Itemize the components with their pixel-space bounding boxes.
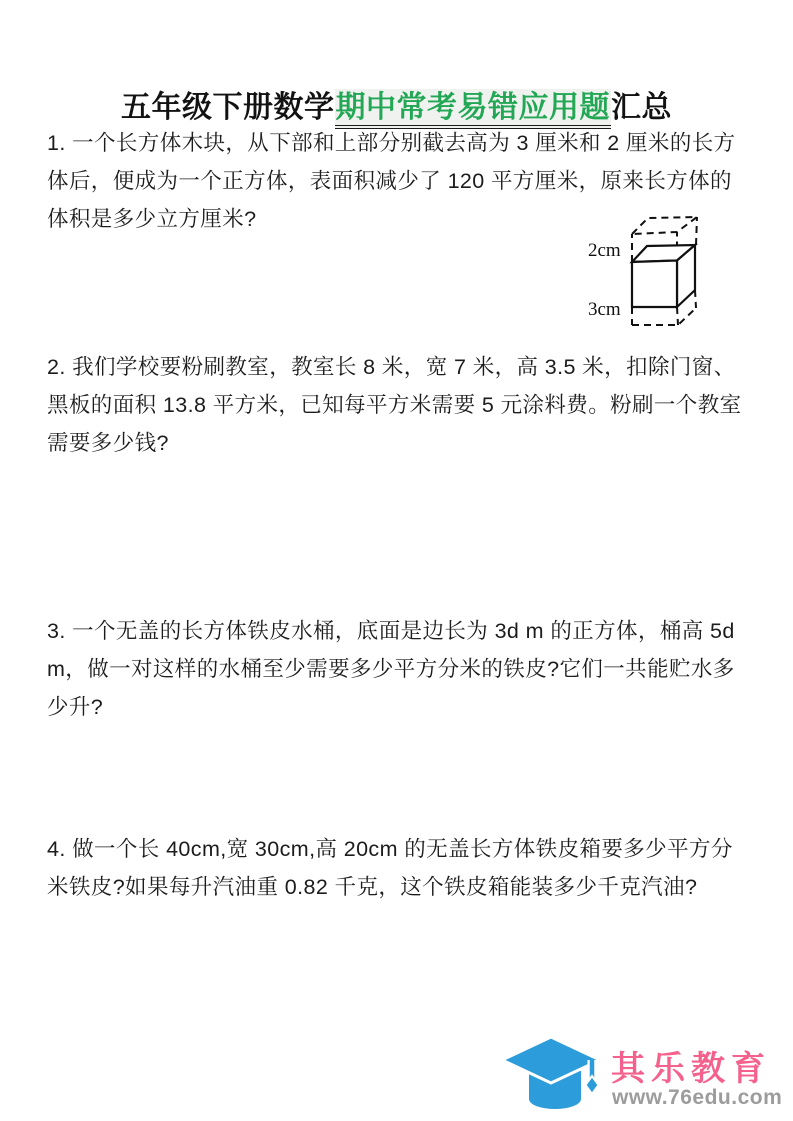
page-title: 五年级下册数学期中常考易错应用题汇总	[0, 82, 793, 126]
problem-3-line-1: 3. 一个无盖的长方体铁皮水桶，底面是边长为 3d m 的正方体，桶高 5d	[47, 612, 753, 650]
problem-1-line-1: 1. 一个长方体木块，从下部和上部分别截去高为 3 厘米和 2 厘米的长方	[47, 124, 753, 162]
brand-url: www.76edu.com	[612, 1086, 782, 1110]
problem-4: 4. 做一个长 40cm,宽 30cm,高 20cm 的无盖长方体铁皮箱要多少平…	[47, 830, 753, 906]
problem-2: 2. 我们学校要粉刷教室，教室长 8 米，宽 7 米，高 3.5 米，扣除门窗、…	[47, 348, 753, 462]
problem-1-line-2: 体后，便成为一个正方体，表面积减少了 120 平方厘米，原来长方体的	[47, 162, 753, 200]
cube-solid	[632, 245, 695, 307]
worksheet-page: 五年级下册数学期中常考易错应用题汇总 1. 一个长方体木块，从下部和上部分别截去…	[0, 0, 793, 1121]
title-suffix: 汇总	[611, 91, 672, 124]
top-cut-label: 2cm	[588, 240, 621, 261]
title-prefix: 五年级下册数学	[121, 91, 335, 124]
problem-2-line-2: 黑板的面积 13.8 平方米，已知每平方米需要 5 元涂料费。粉刷一个教室	[47, 386, 753, 424]
graduation-cap-icon	[497, 1033, 605, 1117]
problem-3-line-3: 少升?	[47, 688, 753, 726]
problem-3-line-2: m，做一对这样的水桶至少需要多少平方分米的铁皮?它们一共能贮水多	[47, 650, 753, 688]
problem-2-line-1: 2. 我们学校要粉刷教室，教室长 8 米，宽 7 米，高 3.5 米，扣除门窗、	[47, 348, 753, 386]
problem-3: 3. 一个无盖的长方体铁皮水桶，底面是边长为 3d m 的正方体，桶高 5d m…	[47, 612, 753, 726]
bottom-cut-label: 3cm	[588, 299, 621, 320]
problem-4-line-1: 4. 做一个长 40cm,宽 30cm,高 20cm 的无盖长方体铁皮箱要多少平…	[47, 830, 753, 868]
problem-4-line-2: 米铁皮?如果每升汽油重 0.82 千克，这个铁皮箱能装多少千克汽油?	[47, 868, 753, 906]
problem-2-line-3: 需要多少钱?	[47, 424, 753, 462]
cuboid-cut-diagram: 2cm 3cm	[585, 214, 750, 330]
brand-name: 其乐教育	[611, 1041, 771, 1090]
